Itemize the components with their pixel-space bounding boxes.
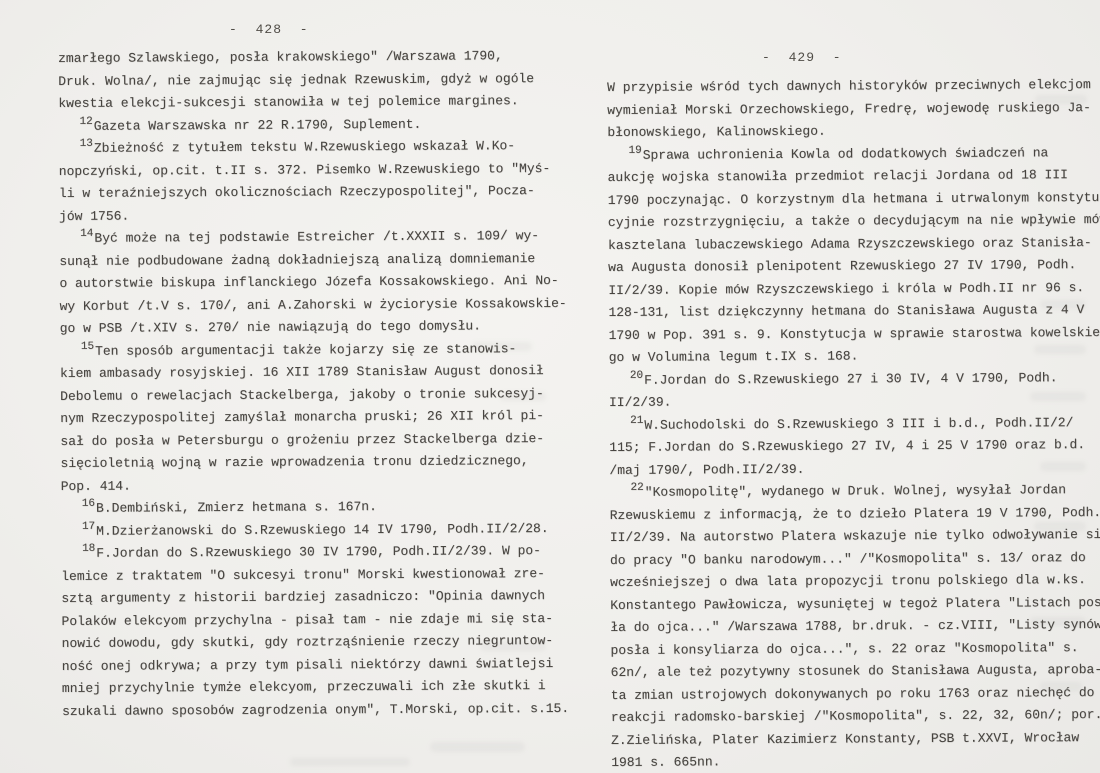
text-line: Polaków elekcyom przychylna - pisał tam … [61, 607, 566, 633]
text-line-content: Sprawa uchronienia Kowla od dodatkowych … [643, 145, 1049, 162]
text-line: sztą argumenty z historii bardziej zasad… [61, 585, 566, 611]
text-line-content: reakcji radomsko-barskiej /"Kosmopolita"… [611, 707, 1100, 725]
footnote-number: 14 [80, 228, 93, 240]
text-line: 22"Kosmopolitę", wydanego w Druk. Wolnej… [609, 479, 1100, 505]
text-line: kwestia elekcji-sukcesji stanowiła w tej… [58, 90, 563, 116]
page-right-text-block: W przypisie wśród tych dawnych historykó… [607, 74, 1100, 773]
text-line-content: 1790 w Pop. 391 s. 9. Konstytucja w spra… [609, 324, 1100, 342]
text-line: błonowskiego, Kalinowskiego. [607, 119, 1100, 145]
text-line: go w Volumina legum t.IX s. 168. [609, 344, 1100, 370]
text-line: sunął nie podbudowane żadną dokładniejsz… [59, 247, 564, 273]
text-line: 13Zbieżność z tytułem tekstu W.Rzewuskie… [59, 135, 564, 161]
text-line-content: aukcję wojska stanowiła przedmiot relacj… [608, 167, 1068, 185]
text-line-content: W przypisie wśród tych dawnych historykó… [607, 77, 1091, 95]
bleed-through-mark [1034, 522, 1086, 531]
text-line-content: Zbieżność z tytułem tekstu W.Rzewuskiego… [94, 138, 515, 156]
text-line-content: jów 1756. [59, 208, 129, 223]
text-line-content: Gazeta Warszawska nr 22 R.1790, Suplemen… [94, 116, 422, 133]
text-line: 14Być może na tej podstawie Estreicher /… [59, 225, 564, 251]
text-line: 1790 poczynając. O korzystnym dla hetman… [608, 186, 1100, 212]
text-line: ła do ojca..." /Warszawa 1788, br.druk. … [610, 614, 1100, 640]
bleed-through-mark [1040, 462, 1086, 471]
text-line: 115; F.Jordan do S.Rzewuskiego 27 IV, 4 … [609, 434, 1100, 460]
text-line-content: lemice z traktatem "O sukcesyi tronu" Mo… [61, 566, 545, 584]
bleed-through-mark [480, 642, 546, 651]
text-line-content: kwestia elekcji-sukcesji stanowiła w tej… [58, 93, 518, 111]
text-line-content: zmarłego Szlawskiego, posła krakowskiego… [58, 48, 503, 66]
text-line: li w teraźniejszych okolicznościach Rzec… [59, 180, 564, 206]
text-line-content: cyjnie rozstrzygnięciu, a także o decydu… [608, 212, 1100, 230]
text-line: nym Rzeczypospolitej zamyślał monarcha p… [60, 405, 565, 431]
text-line-content: wymieniał Morski Orzechowskiego, Fredrę,… [607, 100, 1091, 118]
footnote-number: 21 [630, 414, 643, 426]
text-line: 1981 s. 665nn. [611, 749, 1100, 773]
text-line: W przypisie wśród tych dawnych historykó… [607, 74, 1100, 100]
text-line-content: Debolemu o rewelacjach Stackelberga, jak… [60, 386, 544, 404]
text-line-content: F.Jordan do S.Rzewuskiego 27 i 30 IV, 4 … [644, 370, 1058, 388]
scanned-page-spread: - 428 - - 429 - zmarłego Szlawskiego, po… [0, 0, 1100, 773]
text-line: lemice z traktatem "O sukcesyi tronu" Mo… [61, 562, 566, 588]
text-line: /maj 1790/, Podh.II/2/39. [609, 456, 1100, 482]
footnote-number: 12 [79, 115, 92, 127]
text-line-content: Ten sposób argumentacji także kojarzy si… [95, 341, 516, 359]
text-line: o autorstwie biskupa inflanckiego Józefa… [59, 270, 564, 296]
text-line-content: ła do ojca..." /Warszawa 1788, br.druk. … [610, 617, 1100, 635]
text-line-content: do pracy "O banku narodowym..." /"Kosmop… [610, 550, 1086, 568]
text-line: wy Korbut /t.V s. 170/, ani A.Zahorski w… [60, 292, 565, 318]
text-line: sał do posła w Petersburgu o grożeniu pr… [60, 427, 565, 453]
text-line: ta zmian ustrojowych dokonywanych po rok… [611, 681, 1100, 707]
text-line: 62n/, ale też pozytywny stosunek do Stan… [611, 659, 1100, 685]
text-line: Druk. Wolna/, nie zajmując się jednak Rz… [58, 67, 563, 93]
text-line: go w PSB /t.XIV s. 270/ nie nawiązują do… [60, 315, 565, 341]
text-line: Rzewuskiemu z informacją, że to dzieło P… [610, 501, 1100, 527]
bleed-through-mark [1040, 300, 1086, 309]
text-line-content: 62n/, ale też pozytywny stosunek do Stan… [611, 662, 1100, 680]
text-line: 20F.Jordan do S.Rzewuskiego 27 i 30 IV, … [609, 366, 1100, 392]
text-line-content: 1790 poczynając. O korzystnym dla hetman… [608, 189, 1100, 207]
footnote-number: 13 [80, 138, 93, 150]
text-line: 16B.Dembiński, Zmierz hetmana s. 167n. [61, 495, 566, 521]
text-line: jów 1756. [59, 202, 564, 228]
text-line: 19Sprawa uchronienia Kowla od dodatkowyc… [607, 141, 1100, 167]
text-line-content: ność onej odkrywa; a przy tym pisali nie… [62, 655, 554, 673]
text-line-content: wa Augusta donosił plenipotent Rzewuskie… [608, 257, 1076, 275]
text-line: II/2/39. Na autorstwo Platera wskazuje n… [610, 524, 1100, 550]
page-number-left: - 428 - [229, 22, 309, 37]
text-line-content: ta zmian ustrojowych dokonywanych po rok… [611, 685, 1095, 703]
text-line: wa Augusta donosił plenipotent Rzewuskie… [608, 254, 1100, 280]
text-line: 17M.Dzierżanowski do S.Rzewuskiego 14 IV… [61, 517, 566, 543]
text-line: wcześniejszej o dwa lata propozycji tron… [610, 569, 1100, 595]
bleed-through-mark [1034, 345, 1086, 354]
footnote-number: 22 [630, 482, 643, 494]
page-number-right: - 429 - [762, 50, 842, 65]
text-line-content: kasztelana lubaczewskiego Adama Rzyszcze… [608, 235, 1092, 253]
text-line-content: posła i konsyliarza do ojca...", s. 22 o… [610, 640, 1078, 658]
text-line: Z.Zielińska, Plater Kazimierz Konstanty,… [611, 726, 1100, 752]
text-line-content: W.Suchodolski do S.Rzewuskiego 3 III i b… [644, 415, 1073, 433]
text-line-content: Być może na tej podstawie Estreicher /t.… [94, 228, 539, 246]
text-line: mniej przychylnie tymże elekcyom, przecz… [62, 675, 567, 701]
text-line: cyjnie rozstrzygnięciu, a także o decydu… [608, 209, 1100, 235]
text-line-content: 115; F.Jordan do S.Rzewuskiego 27 IV, 4 … [609, 437, 1085, 455]
footnote-number: 17 [82, 520, 95, 532]
text-line-content: sięcioletnią wojną w razie wprowadzenia … [60, 453, 528, 471]
bleed-through-mark [1030, 617, 1086, 626]
text-line-content: Rzewuskiemu z informacją, że to dzieło P… [610, 504, 1100, 522]
text-line: reakcji radomsko-barskiej /"Kosmopolita"… [611, 704, 1100, 730]
bleed-through-mark [500, 392, 546, 401]
text-line-content: sztą argumenty z historii bardziej zasad… [61, 588, 545, 606]
footnote-number: 20 [630, 369, 643, 381]
text-line-content: M.Dzierżanowski do S.Rzewuskiego 14 IV 1… [96, 521, 549, 539]
text-line: posła i konsyliarza do ojca...", s. 22 o… [610, 636, 1100, 662]
text-line: aukcję wojska stanowiła przedmiot relacj… [608, 164, 1100, 190]
text-line: kasztelana lubaczewskiego Adama Rzyszcze… [608, 231, 1100, 257]
text-line: sięcioletnią wojną w razie wprowadzenia … [60, 450, 565, 476]
text-line: kiem ambasady rosyjskiej. 16 XII 1789 St… [60, 360, 565, 386]
bleed-through-mark [1030, 392, 1086, 401]
text-line-content: kiem ambasady rosyjskiej. 16 XII 1789 St… [60, 363, 544, 381]
page-left-text-block: zmarłego Szlawskiego, posła krakowskiego… [58, 45, 567, 723]
text-line-content: 1981 s. 665nn. [611, 754, 720, 770]
text-line: 12Gazeta Warszawska nr 22 R.1790, Suplem… [58, 112, 563, 138]
text-line-content: go w PSB /t.XIV s. 270/ nie nawiązują do… [60, 318, 481, 336]
bleed-through-mark [472, 342, 532, 351]
text-line: Pop. 414. [61, 472, 566, 498]
text-line-content: nym Rzeczypospolitej zamyślał monarcha p… [60, 408, 544, 426]
text-line: 21W.Suchodolski do S.Rzewuskiego 3 III i… [609, 411, 1100, 437]
text-line-content: Konstantego Pawłowicza, wysuniętej w teg… [610, 594, 1100, 612]
text-line-content: sał do posła w Petersburgu o grożeniu pr… [60, 431, 544, 449]
bleed-through-mark [290, 758, 410, 766]
text-line-content: szukali dawno sposobów zagrodzenia onym"… [62, 700, 569, 718]
text-line: nopczyński, op.cit. t.II s. 372. Pisemko… [59, 157, 564, 183]
text-line-content: /maj 1790/, Podh.II/2/39. [609, 461, 804, 477]
text-line: 1790 w Pop. 391 s. 9. Konstytucja w spra… [609, 321, 1100, 347]
text-line-content: wcześniejszej o dwa lata propozycji tron… [610, 572, 1086, 590]
text-line-content: mniej przychylnie tymże elekcyom, przecz… [62, 678, 546, 696]
text-line-content: 128-131, list dziękczynny hetmana do Sta… [608, 302, 1084, 320]
text-line-content: Polaków elekcyom przychylna - pisał tam … [61, 610, 553, 628]
text-line: Konstantego Pawłowicza, wysuniętej w teg… [610, 591, 1100, 617]
text-line-content: F.Jordan do S.Rzewuskiego 30 IV 1790, Po… [96, 543, 541, 561]
footnote-number: 19 [628, 144, 641, 156]
text-line-content: II/2/39. Kopie mów Rzyszczewskiego i kró… [608, 280, 1084, 298]
text-line-content: o autorstwie biskupa inflanckiego Józefa… [59, 273, 558, 291]
footnote-number: 18 [82, 543, 95, 555]
text-line: do pracy "O banku narodowym..." /"Kosmop… [610, 546, 1100, 572]
text-line-content: II/2/39. [609, 395, 672, 410]
text-line-content: Pop. 414. [61, 478, 131, 493]
text-line-content: go w Volumina legum t.IX s. 168. [609, 348, 859, 365]
text-line-content: wy Korbut /t.V s. 170/, ani A.Zahorski w… [60, 295, 567, 313]
text-line: zmarłego Szlawskiego, posła krakowskiego… [58, 45, 563, 71]
bleed-through-mark [1035, 95, 1087, 104]
text-line: 18F.Jordan do S.Rzewuskiego 30 IV 1790, … [61, 540, 566, 566]
text-line-content: B.Dembiński, Zmierz hetmana s. 167n. [96, 499, 377, 516]
text-line: II/2/39. Kopie mów Rzyszczewskiego i kró… [608, 276, 1100, 302]
footnote-number: 16 [82, 498, 95, 510]
text-line-content: li w teraźniejszych okolicznościach Rzec… [59, 183, 535, 201]
text-line: wymieniał Morski Orzechowskiego, Fredrę,… [607, 96, 1100, 122]
bleed-through-mark [1040, 682, 1082, 691]
text-line: ność onej odkrywa; a przy tym pisali nie… [62, 652, 567, 678]
text-line-content: Druk. Wolna/, nie zajmując się jednak Rz… [58, 71, 534, 89]
footnote-number: 15 [81, 340, 94, 352]
text-line-content: nopczyński, op.cit. t.II s. 372. Pisemko… [59, 160, 551, 178]
text-line-content: II/2/39. Na autorstwo Platera wskazuje n… [610, 527, 1100, 545]
text-line: II/2/39. [609, 389, 1100, 415]
text-line-content: sunął nie podbudowane żadną dokładniejsz… [59, 251, 535, 269]
bleed-through-mark [430, 742, 525, 752]
text-line-content: "Kosmopolitę", wydanego w Druk. Wolnej, … [645, 482, 1066, 500]
text-line: szukali dawno sposobów zagrodzenia onym"… [62, 697, 567, 723]
text-line: Debolemu o rewelacjach Stackelberga, jak… [60, 382, 565, 408]
text-line: 128-131, list dziękczynny hetmana do Sta… [608, 299, 1100, 325]
text-line-content: Z.Zielińska, Plater Kazimierz Konstanty,… [611, 730, 1079, 748]
text-line-content: błonowskiego, Kalinowskiego. [607, 124, 826, 140]
